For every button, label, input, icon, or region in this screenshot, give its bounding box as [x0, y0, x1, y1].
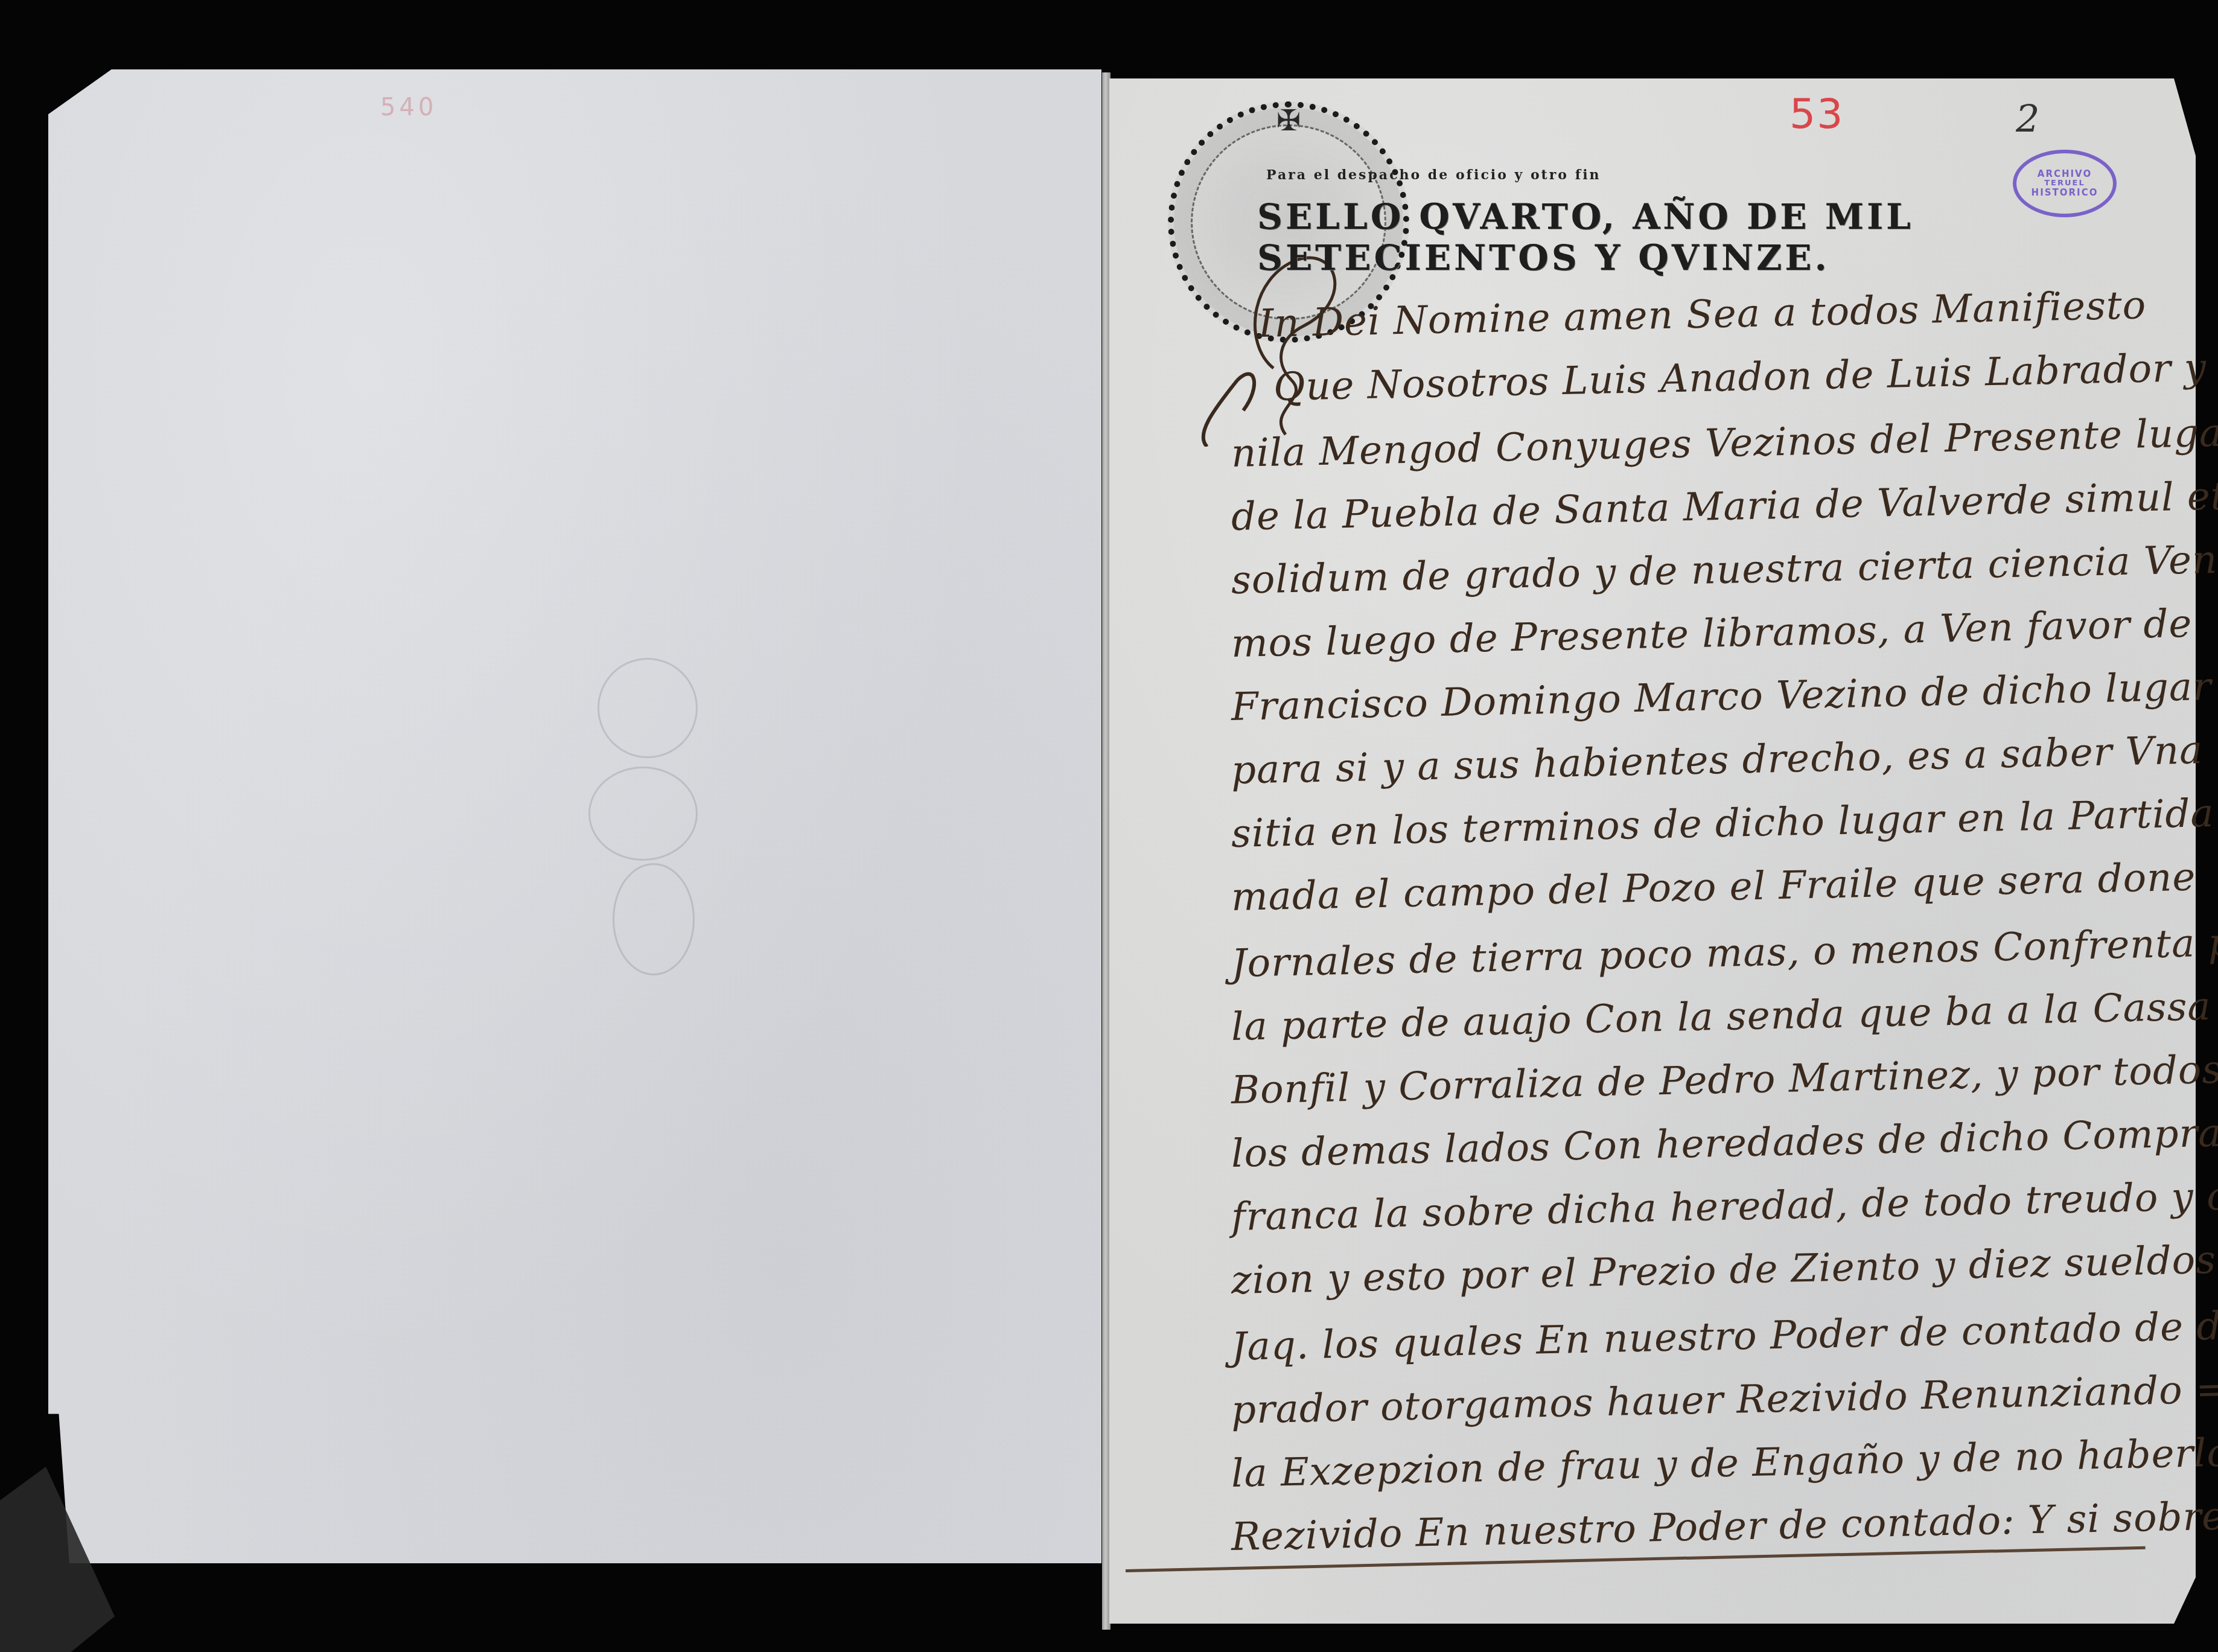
watermark — [579, 622, 700, 1008]
folio-number: 2 — [2016, 97, 2039, 141]
stamped-paper-small-line: Para el despacho de oficio y otro fin — [1266, 167, 1601, 183]
left-page — [48, 69, 1101, 1563]
stamped-paper-line2: SETECIENTOS Y QVINZE. — [1257, 237, 1830, 278]
faint-red-folio: 540 — [380, 94, 437, 121]
archive-stamp-line3: HISTORICO — [2016, 188, 2113, 198]
spine-gutter — [1102, 72, 1111, 1630]
red-folio-number: 53 — [1789, 91, 1844, 138]
stamped-paper-line1: SELLO QVARTO, AÑO DE MIL — [1257, 196, 1914, 237]
archive-stamp-line2: TERUEL — [2016, 179, 2113, 188]
archive-stamp-line1: ARCHIVO — [2016, 169, 2113, 179]
archive-stamp: ARCHIVO TERUEL HISTORICO — [2013, 150, 2117, 217]
